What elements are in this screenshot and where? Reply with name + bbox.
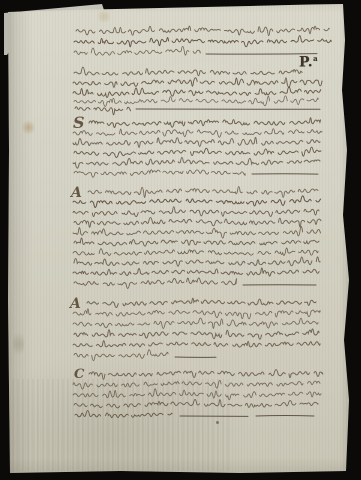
handwriting-line: [74, 399, 318, 407]
handwriting-line: [74, 238, 319, 246]
handwriting-line: [74, 46, 200, 55]
handwriting-line: [74, 329, 319, 339]
handwriting-line: [74, 350, 168, 361]
handwriting-line: [75, 411, 172, 418]
handwriting-line: [88, 186, 318, 197]
handwriting-line: [73, 87, 321, 98]
handwriting-line: [73, 226, 321, 238]
handwriting-line: [73, 248, 318, 256]
handwriting-line: [74, 147, 321, 157]
manuscript-photo: SAAC P.a: [0, 0, 361, 480]
handwriting-line: [74, 96, 318, 107]
handwriting-line: [73, 157, 320, 168]
paragraph-initial: A: [69, 185, 82, 201]
handwriting-line: [74, 278, 236, 289]
paragraph-initial: S: [73, 113, 85, 132]
handwriting-line: [73, 78, 322, 88]
handwriting-line: [74, 67, 302, 76]
folio-mark: P.a: [299, 54, 318, 71]
handwriting-line: [73, 268, 319, 276]
handwriting-line: [73, 137, 320, 147]
handwriting-line: [73, 380, 320, 389]
handwriting-line: [89, 118, 320, 128]
folio-mark-letter: P.: [299, 55, 313, 71]
handwriting-line: [89, 370, 323, 380]
handwriting-line: [73, 318, 318, 328]
handwriting-line: [87, 298, 316, 307]
handwriting-line: [74, 218, 321, 228]
paragraph-initial: A: [68, 296, 81, 312]
handwriting-line: [74, 170, 245, 178]
handwriting-line: [73, 207, 319, 217]
handwriting-line: [73, 341, 320, 347]
folio-mark-superscript: a: [313, 54, 318, 63]
handwriting-line: [73, 389, 321, 400]
handwriting-layer: SAAC: [0, 0, 361, 480]
handwriting-line: [74, 257, 320, 266]
handwriting-line: [76, 26, 329, 36]
handwriting-line: [73, 309, 320, 319]
paragraph-initial: C: [74, 367, 85, 382]
handwriting-line: [73, 129, 322, 138]
handwriting-line: [74, 36, 331, 47]
